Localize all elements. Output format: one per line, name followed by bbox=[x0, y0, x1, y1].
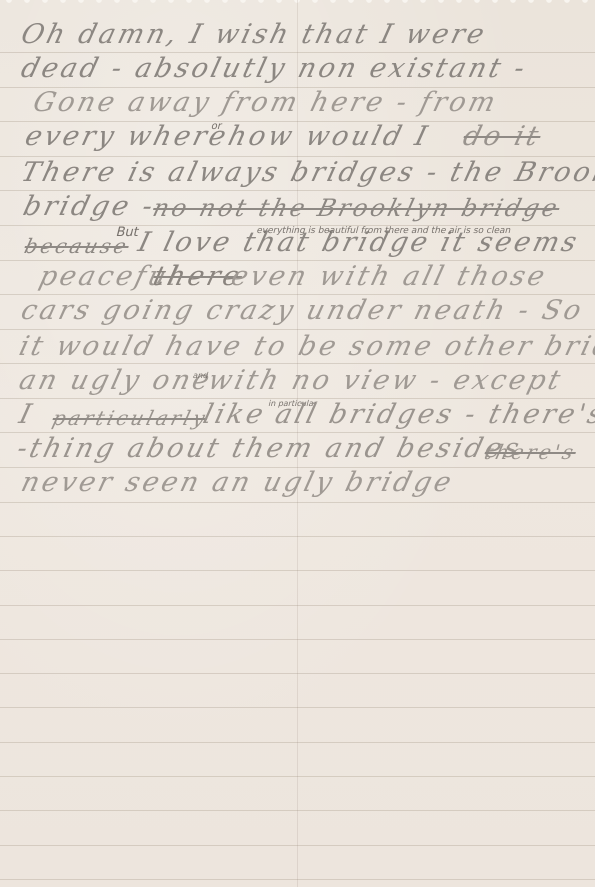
struck-text: do it bbox=[460, 121, 544, 152]
inserted-word-but: But bbox=[114, 225, 140, 240]
struck-text: no not the Brooklyn bridge bbox=[150, 194, 563, 222]
struck-text: particularly bbox=[50, 406, 210, 430]
notebook-page: Oh damn, I wish that I were dead - absol… bbox=[0, 0, 595, 887]
inserted-phrase: everything is beautiful from there and t… bbox=[255, 226, 512, 236]
inserted-word-and: and bbox=[192, 371, 209, 380]
struck-text: there's bbox=[482, 440, 579, 464]
